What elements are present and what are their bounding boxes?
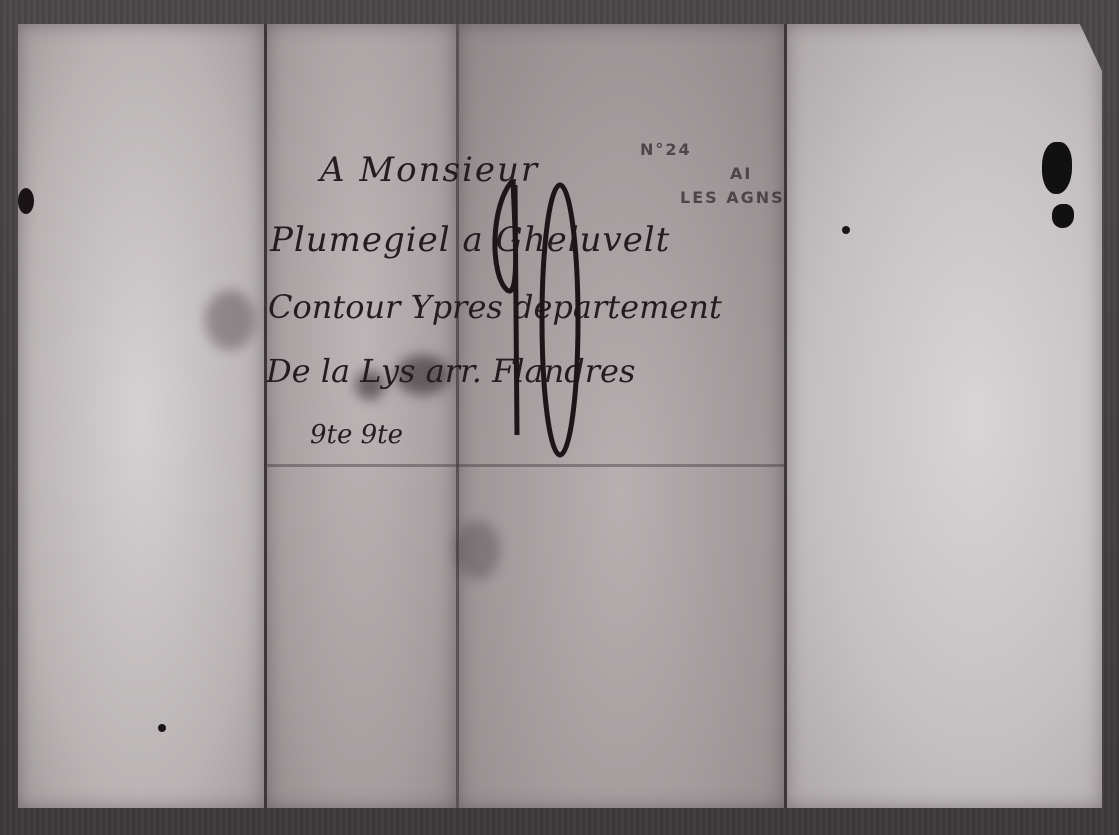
stamp-line: AI — [730, 162, 785, 186]
manuscript-postage-mark — [485, 175, 585, 460]
stamp-line: LES AGNS — [680, 186, 785, 210]
fold-line — [264, 24, 267, 808]
wax-seal-remnant — [1042, 142, 1078, 237]
fold-line — [456, 24, 459, 808]
address-panel-left — [266, 24, 456, 808]
ink-spot — [842, 226, 850, 234]
address-line: Plumegiel a Gheluvelt — [270, 220, 670, 260]
left-flap — [18, 24, 264, 808]
ink-spot — [18, 188, 34, 214]
stain — [205, 290, 255, 350]
postal-stamp: N°24 AI LES AGNS — [610, 138, 785, 210]
fold-line — [266, 464, 784, 467]
ink-spot — [158, 724, 166, 732]
address-line: 9te 9te — [310, 420, 403, 450]
stamp-line: N°24 — [640, 138, 785, 162]
stain — [455, 520, 500, 580]
